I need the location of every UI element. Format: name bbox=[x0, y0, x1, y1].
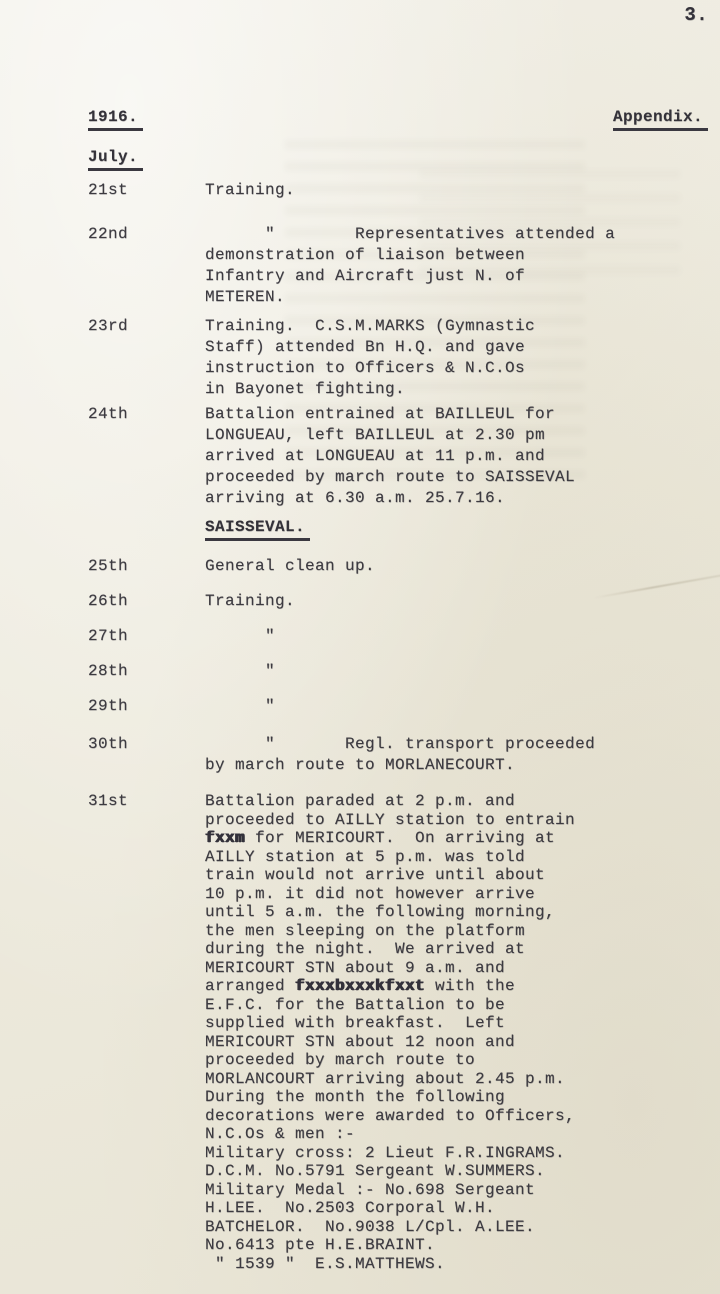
entry-text: Training. bbox=[205, 180, 665, 201]
entry-text: Training. bbox=[205, 591, 665, 612]
entry-text: Training. C.S.M.MARKS (Gymnastic Staff) … bbox=[205, 316, 665, 400]
entry-text: General clean up. bbox=[205, 556, 665, 577]
section-heading-saisseval: SAISSEVAL. bbox=[205, 518, 310, 541]
diary-entry-26th: 26thTraining. bbox=[88, 591, 708, 612]
entry-text-segment: with the E.F.C. for the Battalion to be … bbox=[205, 977, 575, 1273]
document-page: 3. 1916. Appendix. July. 21stTraining. 2… bbox=[0, 0, 720, 1294]
entry-date: 26th bbox=[88, 591, 205, 612]
entry-text: " bbox=[205, 696, 665, 717]
diary-entry-27th: 27th " bbox=[88, 626, 708, 647]
diary-entry-29th: 29th " bbox=[88, 696, 708, 717]
appendix-heading: Appendix. bbox=[613, 108, 708, 131]
header-row: 1916. Appendix. bbox=[88, 108, 708, 131]
overstruck-word: fxxm bbox=[205, 829, 245, 847]
diary-entry-31st: 31stBattalion paraded at 2 p.m. and proc… bbox=[88, 792, 708, 1273]
entry-date: 28th bbox=[88, 661, 205, 682]
entry-text: " Representatives attended a demonstrati… bbox=[205, 224, 665, 308]
entry-text: Battalion entrained at BAILLEUL for LONG… bbox=[205, 404, 665, 509]
entry-text: " bbox=[205, 626, 665, 647]
entry-text: " bbox=[205, 661, 665, 682]
diary-entry-28th: 28th " bbox=[88, 661, 708, 682]
entry-date: 22nd bbox=[88, 224, 205, 245]
overstruck-word: fxxxbxxxkfxxt bbox=[295, 977, 425, 995]
diary-entry-22nd: 22nd " Representatives attended a demons… bbox=[88, 224, 708, 308]
entry-text-segment: for MERICOURT. On arriving at AILLY stat… bbox=[205, 829, 555, 995]
diary-entry-24th: 24thBattalion entrained at BAILLEUL for … bbox=[88, 404, 708, 509]
entry-text: Battalion paraded at 2 p.m. and proceede… bbox=[205, 792, 665, 1273]
entry-text-segment: Battalion paraded at 2 p.m. and proceede… bbox=[205, 792, 575, 829]
entry-date: 25th bbox=[88, 556, 205, 577]
entry-date: 27th bbox=[88, 626, 205, 647]
month-heading: July. bbox=[88, 148, 143, 171]
entry-date: 23rd bbox=[88, 316, 205, 337]
year-heading: 1916. bbox=[88, 108, 143, 131]
page-number: 3. bbox=[684, 4, 708, 26]
entry-date: 30th bbox=[88, 734, 205, 755]
diary-entry-23rd: 23rdTraining. C.S.M.MARKS (Gymnastic Sta… bbox=[88, 316, 708, 400]
entry-date: 21st bbox=[88, 180, 205, 201]
diary-entry-25th: 25thGeneral clean up. bbox=[88, 556, 708, 577]
diary-entry-30th: 30th " Regl. transport proceeded by marc… bbox=[88, 734, 708, 776]
diary-entry-21st: 21stTraining. bbox=[88, 180, 708, 201]
entry-date: 24th bbox=[88, 404, 205, 425]
entry-date: 29th bbox=[88, 696, 205, 717]
entry-text: " Regl. transport proceeded by march rou… bbox=[205, 734, 665, 776]
entry-date: 31st bbox=[88, 792, 205, 811]
